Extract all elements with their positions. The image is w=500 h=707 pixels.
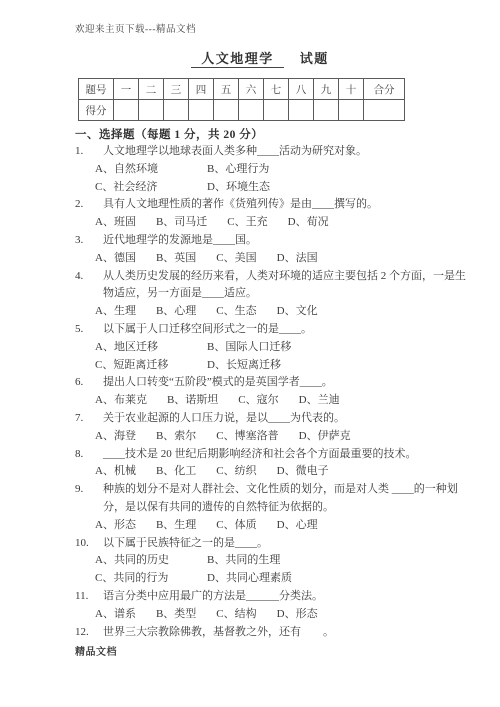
question-item: 11.语言分类中应用最广的方法是______分类法。A、谱系B、类型C、结构D、… bbox=[75, 588, 469, 624]
option: D、长短离迁移 bbox=[207, 357, 291, 375]
question-number: 8. bbox=[75, 446, 83, 464]
question-number: 4. bbox=[75, 268, 83, 286]
score-table-score-cell bbox=[139, 100, 164, 121]
question-item: 2.具有人文地理性质的著作《货殖列传》是由____撰写的。A、班固B、司马迁C、… bbox=[75, 196, 469, 232]
option: C、博塞洛普 bbox=[216, 428, 278, 446]
question-text: 近代地理学的发源地是____国。 bbox=[103, 232, 469, 250]
option: D、环境生态 bbox=[207, 179, 270, 197]
question-text: 从人类历史发展的经历来看，人类对环境的适应主要包括 2 个方面，一是生物适应，另… bbox=[103, 268, 469, 304]
question-options: A、自然环境B、心理行为C、社会经济D、环境生态 bbox=[95, 161, 270, 197]
page-title: 人文地理学试题 bbox=[75, 48, 445, 67]
score-table-score-cell bbox=[164, 100, 189, 121]
exam-page: 欢迎来主页下载---精品文档 人文地理学试题 题号一二三四五六七八九十合分 得分… bbox=[0, 0, 500, 707]
score-table-header-cell: 七 bbox=[264, 79, 289, 100]
question-item: 6.提出人口转变“五阶段”模式的是英国学者____。A、布莱克B、诺斯坦C、寇尔… bbox=[75, 374, 469, 410]
option: C、生态 bbox=[216, 303, 256, 321]
score-table-score-cell bbox=[189, 100, 214, 121]
question-item: 8.____技术是 20 世纪后期影响经济和社会各个方面最重要的技术。A、机械B… bbox=[75, 446, 469, 482]
score-table-header-cell: 五 bbox=[214, 79, 239, 100]
option: A、班固 bbox=[95, 214, 136, 232]
score-table-header-cell: 二 bbox=[139, 79, 164, 100]
question-number: 9. bbox=[75, 481, 83, 499]
option: D、伊萨克 bbox=[299, 428, 351, 446]
option: B、国际人口迁移 bbox=[207, 339, 291, 357]
question-options: A、班固B、司马迁C、王充D、荀况 bbox=[95, 214, 469, 232]
question-options: A、共同的历史B、共同的生理C、共同的行为D、共同心理素质 bbox=[95, 552, 292, 588]
question-text: 种族的划分不是对人群社会、文化性质的划分，而是对人类 ____的一种划分，是以保… bbox=[103, 481, 469, 517]
question-text: 关于农业起源的人口压力说，是以____为代表的。 bbox=[103, 410, 469, 428]
score-table-score-cell bbox=[339, 100, 364, 121]
score-table-score-cell bbox=[239, 100, 264, 121]
score-table-score-cell bbox=[289, 100, 314, 121]
question-text: 世界三大宗教除佛教，基督教之外，还有 。 bbox=[103, 624, 469, 642]
question-number: 5. bbox=[75, 321, 83, 339]
score-table-score-cell bbox=[364, 100, 405, 121]
option: D、法国 bbox=[277, 250, 318, 268]
option: B、心理行为 bbox=[207, 161, 270, 179]
option: C、短距离迁移 bbox=[95, 357, 207, 375]
option: D、形态 bbox=[277, 606, 318, 624]
option: A、地区迁移 bbox=[95, 339, 207, 357]
question-options: A、谱系B、类型C、结构D、形态 bbox=[95, 606, 469, 624]
option: C、社会经济 bbox=[95, 179, 207, 197]
question-number: 1. bbox=[75, 143, 83, 161]
question-number: 12. bbox=[75, 624, 89, 642]
score-table-score-label: 得分 bbox=[79, 100, 114, 121]
option: B、类型 bbox=[156, 606, 196, 624]
option: D、兰迪 bbox=[299, 392, 340, 410]
score-table-header-cell: 合分 bbox=[364, 79, 405, 100]
question-text: ____技术是 20 世纪后期影响经济和社会各个方面最重要的技术。 bbox=[103, 446, 469, 464]
option: A、德国 bbox=[95, 250, 136, 268]
score-table-header-cell: 四 bbox=[189, 79, 214, 100]
question-item: 5.以下属于人口迁移空间形式之一的是____。A、地区迁移B、国际人口迁移C、短… bbox=[75, 321, 469, 374]
title-suffix: 试题 bbox=[300, 51, 329, 66]
question-list: 1.人文地理学以地球表面人类多种____活动为研究对象。A、自然环境B、心理行为… bbox=[75, 143, 469, 641]
score-table-header-row: 题号一二三四五六七八九十合分 bbox=[79, 79, 405, 100]
question-number: 11. bbox=[75, 588, 88, 606]
option: A、海登 bbox=[95, 428, 136, 446]
score-table-header-cell: 十 bbox=[339, 79, 364, 100]
option: B、诺斯坦 bbox=[167, 392, 218, 410]
option: D、心理 bbox=[277, 517, 318, 535]
score-table-header-cell: 三 bbox=[164, 79, 189, 100]
question-text: 具有人文地理性质的著作《货殖列传》是由____撰写的。 bbox=[103, 196, 469, 214]
title-course-name: 人文地理学 bbox=[191, 51, 284, 68]
question-item: 9.种族的划分不是对人群社会、文化性质的划分，而是对人类 ____的一种划分，是… bbox=[75, 481, 469, 534]
footer-note: 精品文档 bbox=[75, 643, 117, 658]
score-table-header-label: 题号 bbox=[79, 79, 114, 100]
option: D、微电子 bbox=[277, 463, 329, 481]
section-heading: 一、选择题（每题 1 分，共 20 分） bbox=[75, 126, 263, 142]
score-table-header-cell: 一 bbox=[114, 79, 139, 100]
score-table-score-cell bbox=[314, 100, 339, 121]
option: D、荀况 bbox=[288, 214, 329, 232]
score-table-header-cell: 九 bbox=[314, 79, 339, 100]
option: C、共同的行为 bbox=[95, 570, 207, 588]
option: B、司马迁 bbox=[156, 214, 207, 232]
question-options: A、形态B、生理C、体质D、心理 bbox=[95, 517, 469, 535]
option: B、索尔 bbox=[156, 428, 196, 446]
option: B、生理 bbox=[156, 517, 196, 535]
option: D、共同心理素质 bbox=[207, 570, 292, 588]
option: A、谱系 bbox=[95, 606, 136, 624]
question-item: 1.人文地理学以地球表面人类多种____活动为研究对象。A、自然环境B、心理行为… bbox=[75, 143, 469, 196]
option: A、机械 bbox=[95, 463, 136, 481]
question-options: A、德国B、英国C、美国D、法国 bbox=[95, 250, 469, 268]
option: B、化工 bbox=[156, 463, 196, 481]
question-number: 3. bbox=[75, 232, 83, 250]
question-number: 2. bbox=[75, 196, 83, 214]
option: D、文化 bbox=[277, 303, 318, 321]
question-options: A、地区迁移B、国际人口迁移C、短距离迁移D、长短离迁移 bbox=[95, 339, 291, 375]
question-item: 3.近代地理学的发源地是____国。A、德国B、英国C、美国D、法国 bbox=[75, 232, 469, 268]
score-table: 题号一二三四五六七八九十合分 得分 bbox=[78, 78, 405, 121]
score-table-score-cell bbox=[114, 100, 139, 121]
header-note: 欢迎来主页下载---精品文档 bbox=[75, 21, 196, 35]
option: C、结构 bbox=[216, 606, 256, 624]
option: C、寇尔 bbox=[238, 392, 278, 410]
question-options: A、机械B、化工C、纺织D、微电子 bbox=[95, 463, 469, 481]
question-text: 人文地理学以地球表面人类多种____活动为研究对象。 bbox=[103, 143, 469, 161]
score-table-score-cell bbox=[264, 100, 289, 121]
option: C、纺织 bbox=[216, 463, 256, 481]
question-text: 以下属于人口迁移空间形式之一的是____。 bbox=[103, 321, 469, 339]
option: C、美国 bbox=[216, 250, 256, 268]
question-item: 10.以下属于民族特征之一的是____。A、共同的历史B、共同的生理C、共同的行… bbox=[75, 535, 469, 588]
option: A、布莱克 bbox=[95, 392, 147, 410]
option: B、心理 bbox=[156, 303, 196, 321]
score-table-header-cell: 八 bbox=[289, 79, 314, 100]
question-text: 以下属于民族特征之一的是____。 bbox=[103, 535, 469, 553]
question-item: 4.从人类历史发展的经历来看，人类对环境的适应主要包括 2 个方面，一是生物适应… bbox=[75, 268, 469, 321]
option: A、自然环境 bbox=[95, 161, 207, 179]
option: C、王充 bbox=[227, 214, 267, 232]
option: C、体质 bbox=[216, 517, 256, 535]
question-options: A、海登B、索尔C、博塞洛普D、伊萨克 bbox=[95, 428, 469, 446]
question-text: 语言分类中应用最广的方法是______分类法。 bbox=[103, 588, 469, 606]
question-number: 6. bbox=[75, 374, 83, 392]
score-table-score-row: 得分 bbox=[79, 100, 405, 121]
option: B、共同的生理 bbox=[207, 552, 292, 570]
question-text: 提出人口转变“五阶段”模式的是英国学者____。 bbox=[103, 374, 469, 392]
question-item: 7.关于农业起源的人口压力说，是以____为代表的。A、海登B、索尔C、博塞洛普… bbox=[75, 410, 469, 446]
score-table-header-cell: 六 bbox=[239, 79, 264, 100]
option: A、形态 bbox=[95, 517, 136, 535]
option: A、生理 bbox=[95, 303, 136, 321]
option: B、英国 bbox=[156, 250, 196, 268]
question-item: 12.世界三大宗教除佛教，基督教之外，还有 。 bbox=[75, 624, 469, 642]
question-number: 7. bbox=[75, 410, 83, 428]
score-table-score-cell bbox=[214, 100, 239, 121]
question-number: 10. bbox=[75, 535, 89, 553]
question-options: A、布莱克B、诺斯坦C、寇尔D、兰迪 bbox=[95, 392, 469, 410]
option: A、共同的历史 bbox=[95, 552, 207, 570]
question-options: A、生理B、心理C、生态D、文化 bbox=[95, 303, 469, 321]
